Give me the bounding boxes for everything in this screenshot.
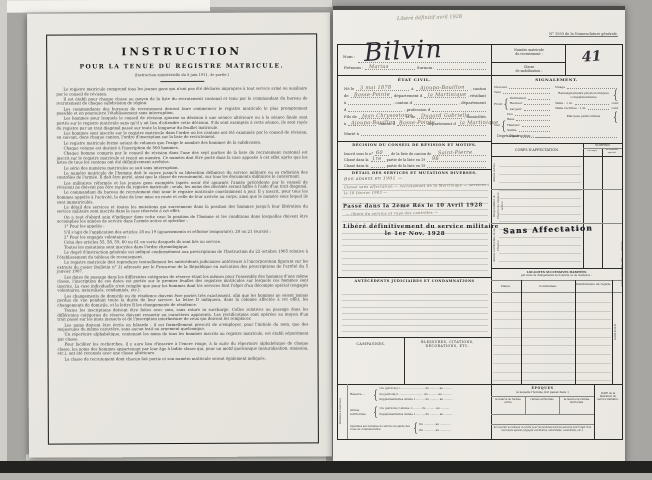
renseignements-group: Renseignements physionomiques complément… [555,90,619,99]
scanned-register-spread: { "left_page": { "title": "INSTRUCTION",… [0,0,652,480]
cheveux-row: Cheveux [494,85,552,89]
surnom-field [437,65,486,70]
detail-top-border [338,169,491,170]
instruction-paragraph: Les hommes pour lesquels le conseil de r… [56,116,307,131]
instruction-title: INSTRUCTION [56,45,307,58]
degre-instruction-row: Degré d'instruction : [496,133,618,138]
instruction-paragraph: Chaque homme compris par le conseil de r… [57,151,308,166]
periodes-side-label: Périodes d'exercices [339,386,342,437]
matricule-classe-divider [491,62,565,63]
instruction-page: INSTRUCTION POUR LA TENUE DU REGISTRE MA… [27,12,332,457]
title-rule [160,81,204,82]
nom-ruling [358,62,486,63]
birth-place-handwritten: Ajoupa-Bouillon [420,85,465,92]
decision-line-2: Classé dans la 1re partie de la liste en… [343,157,487,162]
decision-top-border [338,141,491,142]
corps-title: CORPS D'AFFECTATION. [491,148,583,152]
visage-row: Visage [555,85,619,89]
scan-bottom-dark-strip [0,461,652,473]
campagnes-header: CAMPAGNES. [338,342,404,346]
yeux-row: Yeux [494,90,552,94]
instruction-body: Le registre matricule comprend tous les … [56,86,308,361]
list-canton-handwritten: Saint-Pierre [437,150,471,157]
prenoms-row: Prénoms : Marius Surnom : [343,65,487,70]
epoques-table: ÉPOQUES (à laquelle l'homme doit passer … [491,384,622,439]
instruction-paragraph: La classe de recrutement dont chacun fai… [58,356,309,362]
list-part-handwritten: 1re [372,156,382,162]
epoques-col-3: la réserve de l'armée territoriale [560,398,593,404]
classe-mobilisation-label: Classe de mobilisation : [494,65,564,73]
periodes-territoriale: Armée territoriale{ 1re (période) l Anné… [350,406,489,417]
numeros-sub1: au corps. [583,149,602,152]
page-stack-edge-left [0,0,7,462]
matricule-form-page: Libéré définitif avril 1928 N° 1093 de l… [333,6,625,464]
localites-title: LOCALITÉS SUCCESSIVES HABITÉES par suite… [491,270,622,277]
campagnes-top-border [338,337,491,338]
instruction-paragraph: Les dates de passage dans les différente… [57,274,308,294]
marques-group: Marques particulières{ [555,112,619,121]
nomenclature-number: N° 1093 de la Nomenclature générale. [549,32,618,37]
localites-side-label: Lettre D ou R. [614,282,617,382]
corps-ruling [499,159,581,267]
matricule-number-label: Numéro matricule du recrutement : [494,48,564,56]
antecedents-ruling [342,289,488,333]
epoques-col-1: la réserve de l'armée active [492,398,524,404]
list-year-handwritten: 98 [432,156,439,162]
birth-canton-handwritten: Basse-Pointe [354,92,390,99]
pencil-annotation: Libéré définitif avril 1928 [397,14,462,22]
prenoms-handwritten: Marius [369,64,389,70]
etat-civil-line-1: Né le 3 mai 1878 à Ajoupa-Bouillon , can… [343,86,487,91]
matricule-number-handwritten: 41 [581,48,602,65]
decision-header: DÉCISION DU CONSEIL DE RÉVISION ET MOTIF… [338,143,491,147]
prenoms-field: Marius [365,65,414,70]
localites-ruling [493,294,611,382]
periodes-reserve: Réserve....{ 1re (période) l ...........… [350,386,489,403]
marques-brace: { [613,109,618,123]
matricule-label-divider [565,45,566,75]
periodes-table: Périodes d'exercices Réserve....{ 1re (p… [338,384,491,439]
nez-brace: { [501,119,506,133]
band-armee-active: Armée active [492,158,496,188]
decision-line-1: Inscrit sous le n° 60 de la liste du can… [343,151,487,156]
instruction-paragraph: Pour faciliter les recherches, il y aura… [57,342,308,357]
localites-col-dates: Dates. [491,284,521,288]
etat-civil-line-marie: Marié à [343,131,487,136]
instruction-paragraph: Le registre matricule doit reproduire te… [57,260,308,275]
domicile-canton-handwritten: Basse-Pointe [399,120,435,127]
epoques-title: ÉPOQUES (à laquelle l'homme doit passer … [491,386,594,394]
instruction-note: (Instruction ministérielle du 8 juin 191… [56,72,307,77]
rens-brace: { [613,88,618,102]
localites-table: LOCALITÉS SUCCESSIVES HABITÉES par suite… [491,268,622,384]
passe-reserve-stamp: Passé dans la 2ème Rés le 10 Avril 1928 [343,202,483,209]
antecedents-top-border [338,277,491,278]
page-stack-edge-top-white [0,0,210,13]
instruction-paragraph: Toutes les inscriptions doivent être fai… [57,308,308,323]
blessures-header: BLESSURES, CITATIONS, DÉCORATIONS, ETC. [404,340,491,348]
corps-affectation-table: CORPS D'AFFECTATION. NUMÉROS au corps. a… [491,143,622,268]
signalement-header: SIGNALEMENT. [491,77,622,82]
page-top-edge [333,6,625,10]
birth-date-handwritten: 3 mai 1878 [360,85,392,92]
epoques-col-2: l'armée territoriale [526,398,558,401]
name-band-divider [338,75,622,76]
father-name-handwritten: Jean Chrysostome [362,113,413,120]
scan-bottom-gray [0,473,652,480]
matricule-form: Nom : Bilvin Prénoms : Marius Surnom : N… [337,44,623,440]
front-brace: { [503,97,508,111]
etat-civil-header: ÉTAT CIVIL. [338,77,491,82]
domicile-handwritten: Ajoupa-Bouillon [350,120,395,127]
etat-civil-line-4: d , profession d [343,107,487,112]
periodes-speciales: Spéciales aux hommes du service de garde… [350,422,489,433]
instruction-subtitle: POUR LA TENUE DU REGISTRE MATRICULE. [56,62,307,70]
epoques-note: Se reporter au tableau ci-contre pour le… [493,426,592,432]
etat-civil-line-5: Fils de Jean Chrysostome et de Dugard Ga… [343,114,487,119]
signalement-block: Cheveux Yeux Front{ InclinaisonHauteurLa… [491,85,622,133]
birth-departement-handwritten: la Martinique [428,92,466,99]
antecedents-header: ANTÉCÉDENTS JUDICIAIRES ET CONDAMNATIONS [338,279,491,283]
front-group: Front{ InclinaisonHauteurLargeur [494,96,552,112]
etat-civil-line-2: de Basse-Pointe département d la Martini… [343,93,487,98]
mother-name-handwritten: Dugard Gabrielle [421,113,470,120]
taille-rectifiee-row: Taille rectifiée : 1 m.cent. [555,106,619,110]
etat-civil-line-3: à , canton d , département [343,100,487,105]
etat-civil-line-6: à Ajoupa-Bouillon canton d Basse-Pointe … [343,121,487,126]
localites-col-communes: Communes. [521,284,575,288]
instruction-paragraph: Le commandant du bureau de recrutement d… [57,190,308,205]
localites-col-subdivisions: Subdivisions de région. [575,282,612,286]
instruction-frame: INSTRUCTION POUR LA TENUE DU REGISTRE MA… [46,33,319,444]
nom-label: Nom : [343,54,355,59]
date-liberation-header: DATE de la libération du service militai… [595,392,621,401]
numeros-sub2: au contrôle spécial. [602,148,622,154]
prenoms-label: Prénoms : [343,65,364,70]
decision-line-3: Classé dans la partie de la liste en 19 [343,163,487,168]
libere-stamp: Libéré définitivement du service militai… [343,224,487,239]
surnom-label: Surnom : [416,65,436,70]
taille-row: Taille : 1 m.cent. [555,101,619,105]
